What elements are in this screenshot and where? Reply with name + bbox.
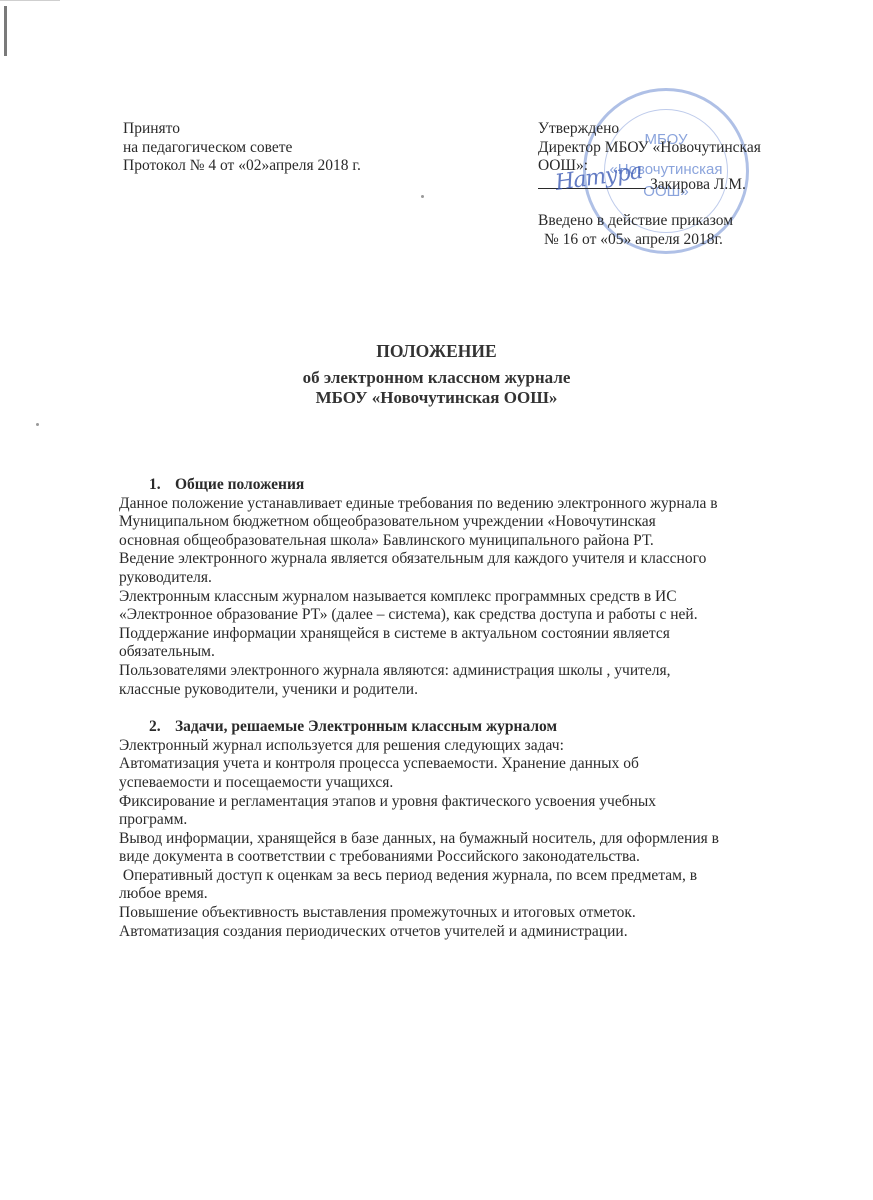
approval-left-line: Протокол № 4 от «02»апреля 2018 г. <box>123 157 361 176</box>
approved-label: Утверждено <box>538 120 761 139</box>
paragraph-line: основная общеобразовательная школа» Бавл… <box>119 532 839 551</box>
paragraph-line: Электронным классным журналом называется… <box>119 588 839 607</box>
paragraph-line: Автоматизация учета и контроля процесса … <box>119 755 839 774</box>
approval-left-block: Принято на педагогическом совете Протоко… <box>123 120 361 176</box>
signatory-name: Закирова Л.М. <box>650 176 746 193</box>
section-number: 1. <box>149 476 175 495</box>
title-sub-1: об электронном классном журнале <box>0 368 873 388</box>
paragraph-line: Ведение электронного журнала является об… <box>119 550 839 569</box>
section-title: Задачи, решаемые Электронным классным жу… <box>175 718 557 735</box>
paragraph-line: обязательным. <box>119 643 839 662</box>
paragraph-line: программ. <box>119 811 839 830</box>
paragraph-line: Пользователями электронного журнала явля… <box>119 662 839 681</box>
scan-speck <box>421 195 424 198</box>
paragraph-line: Данное положение устанавливает единые тр… <box>119 495 839 514</box>
paragraph-line: Вывод информации, хранящейся в базе данн… <box>119 830 839 849</box>
order-line-2: № 16 от «05» апреля 2018г. <box>538 231 761 250</box>
paragraph-line: классные руководители, ученики и родител… <box>119 681 839 700</box>
section-number: 2. <box>149 718 175 737</box>
order-line-1: Введено в действие приказом <box>538 212 761 231</box>
director-line: Директор МБОУ «Новочутинская <box>538 139 761 158</box>
scan-edge-line <box>0 0 60 1</box>
document-body: 1.Общие положения Данное положение устан… <box>119 476 839 941</box>
paragraph-line: виде документа в соответствии с требован… <box>119 848 839 867</box>
approval-left-line: Принято <box>123 120 361 139</box>
section-heading: 1.Общие положения <box>119 476 839 495</box>
title-main: ПОЛОЖЕНИЕ <box>0 340 873 362</box>
paragraph-line: Повышение объективность выставления пром… <box>119 904 839 923</box>
paragraph-line: Муниципальном бюджетном общеобразователь… <box>119 513 839 532</box>
section-heading: 2.Задачи, решаемые Электронным классным … <box>119 718 839 737</box>
document-title: ПОЛОЖЕНИЕ об электронном классном журнал… <box>0 340 873 408</box>
paragraph-line: Оперативный доступ к оценкам за весь пер… <box>119 867 839 886</box>
scan-speck <box>36 423 39 426</box>
approval-left-line: на педагогическом совете <box>123 139 361 158</box>
scan-edge-mark <box>4 6 7 56</box>
paragraph-line: «Электронное образование РТ» (далее – си… <box>119 606 839 625</box>
title-sub-2: МБОУ «Новочутинская ООШ» <box>0 388 873 408</box>
paragraph-line: успеваемости и посещаемости учащихся. <box>119 774 839 793</box>
section-title: Общие положения <box>175 476 304 493</box>
paragraph-line: Фиксирование и регламентация этапов и ур… <box>119 793 839 812</box>
paragraph-line: Поддержание информации хранящейся в сист… <box>119 625 839 644</box>
paragraph-line: любое время. <box>119 885 839 904</box>
paragraph-line: Автоматизация создания периодических отч… <box>119 923 839 942</box>
paragraph-line: Электронный журнал используется для реше… <box>119 737 839 756</box>
paragraph-line: руководителя. <box>119 569 839 588</box>
